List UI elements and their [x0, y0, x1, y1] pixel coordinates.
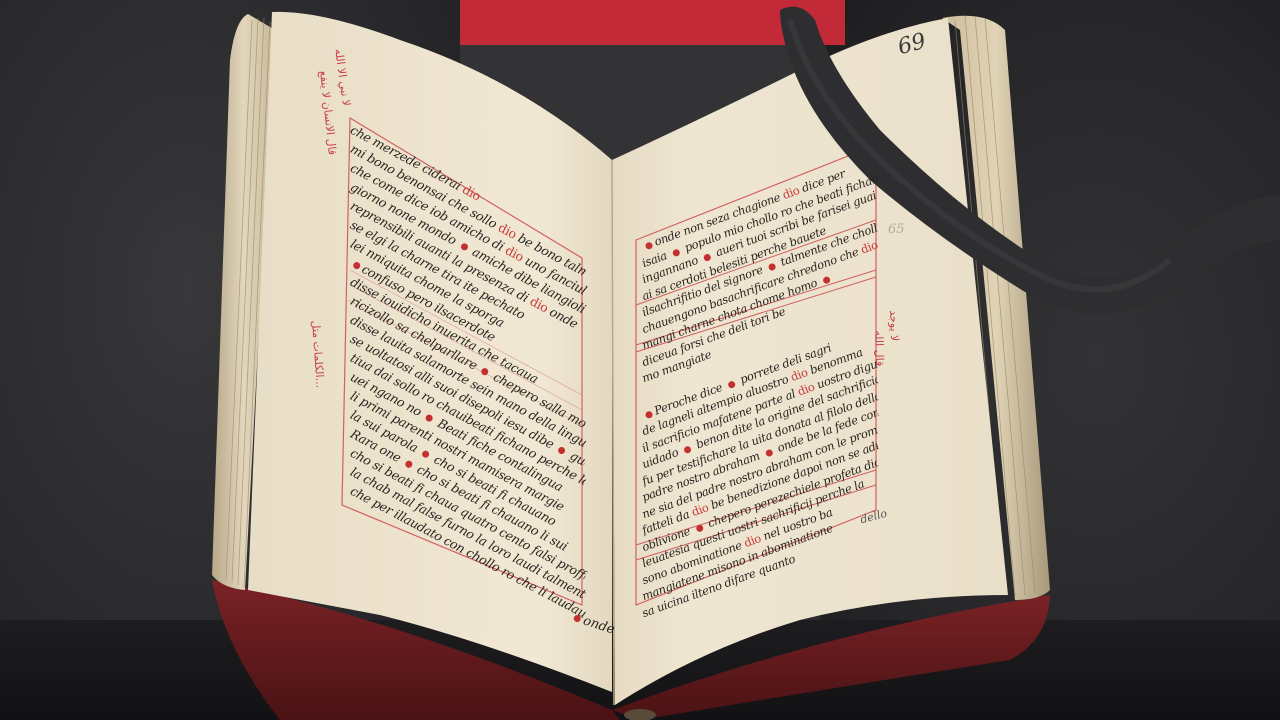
- right-margin-arabic-note-2: قال الله: [872, 330, 886, 366]
- open-manuscript-book: [0, 0, 1280, 720]
- pencil-folio-number: 65: [888, 222, 905, 237]
- right-margin-arabic-note-1: لا يوجد: [887, 310, 901, 342]
- photo-scene: che merzede ciderai dio mi bono benonsai…: [0, 0, 1280, 720]
